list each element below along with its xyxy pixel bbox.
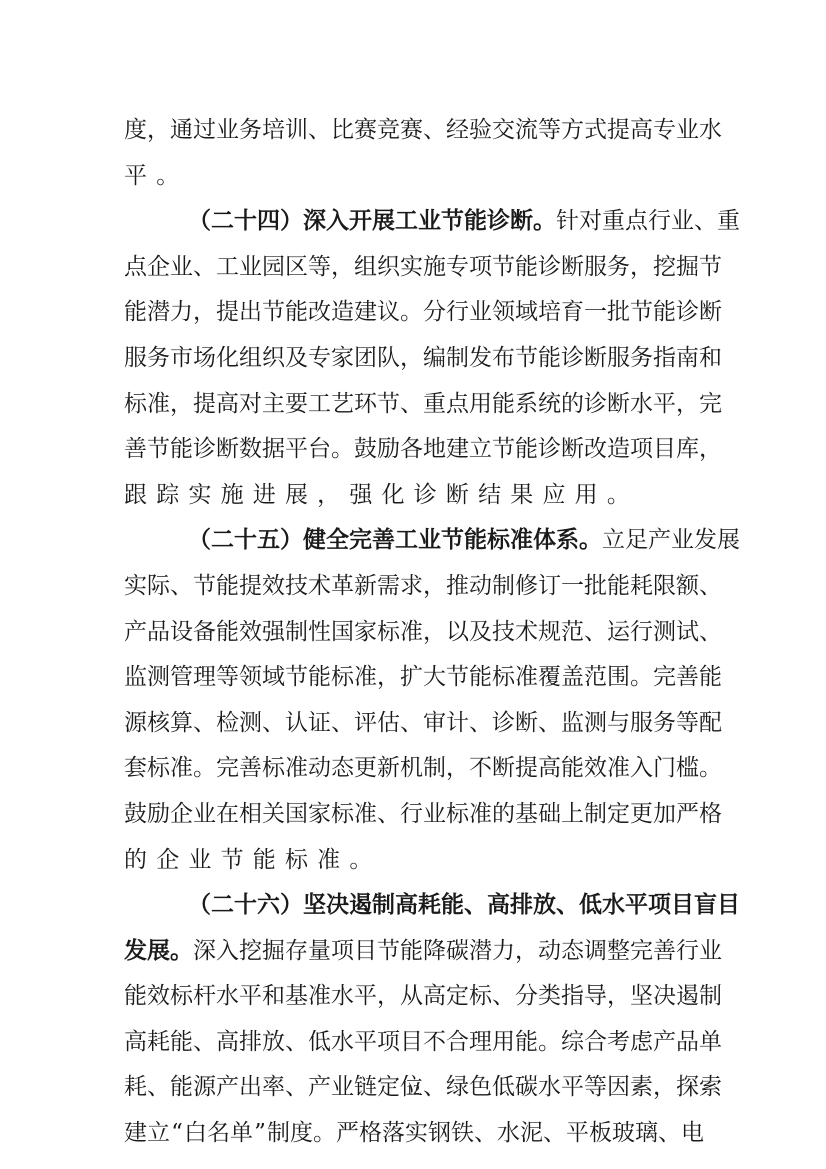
body-char: 用 bbox=[575, 473, 598, 519]
body-char: 断 bbox=[607, 382, 630, 428]
heading-char: 十 bbox=[234, 883, 257, 929]
body-char: 严 bbox=[676, 792, 699, 838]
body-char: 能 bbox=[538, 336, 561, 382]
body-char: 试 bbox=[676, 610, 699, 656]
body-char: 、 bbox=[400, 701, 423, 747]
heading-char: 展 bbox=[147, 929, 170, 975]
body-char: 门 bbox=[653, 746, 676, 792]
body-char: ， bbox=[515, 929, 538, 975]
body-char: 节 bbox=[221, 838, 244, 884]
page-number: 12 bbox=[0, 1083, 826, 1099]
body-char: 用 bbox=[469, 382, 492, 428]
body-char: 技 bbox=[285, 564, 308, 610]
body-char: 能 bbox=[469, 655, 492, 701]
body-char: 钢 bbox=[428, 1111, 451, 1157]
body-char: 企 bbox=[147, 245, 170, 291]
body-char: 革 bbox=[331, 564, 354, 610]
body-char: 节 bbox=[147, 427, 170, 473]
body-char: 能 bbox=[515, 1020, 538, 1066]
body-char: 态 bbox=[331, 746, 354, 792]
body-char: 训 bbox=[285, 108, 308, 154]
body-char: 队 bbox=[377, 336, 400, 382]
body-char: 诊 bbox=[492, 701, 515, 747]
heading-char: 开 bbox=[349, 199, 372, 245]
body-char: 、 bbox=[699, 610, 722, 656]
body-char: 机 bbox=[400, 746, 423, 792]
body-char: 槛 bbox=[676, 746, 699, 792]
body-char: 域 bbox=[515, 290, 538, 336]
body-char: 潜 bbox=[469, 929, 492, 975]
body-char: 断 bbox=[446, 473, 469, 519]
body-char: 高 bbox=[124, 1020, 147, 1066]
body-char: 提 bbox=[239, 564, 262, 610]
body-char: 名 bbox=[207, 1111, 230, 1157]
body-char: 通 bbox=[170, 108, 193, 154]
body-char: 能 bbox=[561, 746, 584, 792]
body-char: 节 bbox=[492, 427, 515, 473]
body-char: 式 bbox=[584, 108, 607, 154]
body-char: 交 bbox=[492, 108, 515, 154]
body-char: 。 bbox=[313, 1111, 336, 1157]
body-char: ， bbox=[377, 655, 400, 701]
heading-char: 体 bbox=[533, 518, 556, 564]
body-char: 善 bbox=[653, 929, 676, 975]
body-char: 结 bbox=[478, 473, 501, 519]
body-char: 节 bbox=[630, 290, 653, 336]
body-char: 分 bbox=[423, 290, 446, 336]
body-char: 系 bbox=[515, 382, 538, 428]
heading-char: 盲 bbox=[694, 883, 717, 929]
body-char: 断 bbox=[561, 245, 584, 291]
body-char: 从 bbox=[400, 974, 423, 1020]
body-char: 源 bbox=[124, 701, 147, 747]
body-char: ， bbox=[377, 974, 400, 1020]
body-char: 能 bbox=[170, 1020, 193, 1066]
body-char: 完 bbox=[216, 746, 239, 792]
body-char: 发 bbox=[694, 518, 717, 564]
body-char: 格 bbox=[699, 792, 722, 838]
body-char: 市 bbox=[170, 336, 193, 382]
body-char: 新 bbox=[354, 564, 377, 610]
body-char: 。 bbox=[699, 746, 722, 792]
body-char: 善 bbox=[124, 427, 147, 473]
body-char: 业 bbox=[671, 518, 694, 564]
body-char: 务 bbox=[630, 336, 653, 382]
heading-char: 业 bbox=[418, 518, 441, 564]
heading-char: 水 bbox=[602, 883, 625, 929]
body-char: 、 bbox=[308, 108, 331, 154]
heading-char: 准 bbox=[510, 518, 533, 564]
body-char: 规 bbox=[538, 610, 561, 656]
body-char: 进 bbox=[253, 473, 276, 519]
body-char: 、 bbox=[193, 701, 216, 747]
heading-char: 展 bbox=[372, 199, 395, 245]
body-char: 、 bbox=[170, 564, 193, 610]
text-line: 监测管理等领域节能标准，扩大节能标准覆盖范围。完善能 bbox=[124, 655, 704, 701]
body-char: ， bbox=[193, 290, 216, 336]
body-char: 能 bbox=[607, 564, 630, 610]
body-char: 准 bbox=[607, 746, 630, 792]
body-char: 标 bbox=[492, 655, 515, 701]
body-char: 求 bbox=[400, 564, 423, 610]
body-char: 考 bbox=[607, 1020, 630, 1066]
heading-char: 发 bbox=[124, 929, 147, 975]
body-char: 更 bbox=[630, 792, 653, 838]
body-char: 点 bbox=[446, 382, 469, 428]
body-char: 断 bbox=[584, 336, 607, 382]
body-char: 对 bbox=[239, 382, 262, 428]
heading-char: 节 bbox=[441, 518, 464, 564]
body-char: 估 bbox=[377, 701, 400, 747]
body-char: 量 bbox=[308, 929, 331, 975]
body-char: 度 bbox=[290, 1111, 313, 1157]
heading-char: 。 bbox=[533, 199, 556, 245]
body-char: 上 bbox=[561, 792, 584, 838]
body-char: 业 bbox=[699, 929, 722, 975]
body-char: 配 bbox=[699, 701, 722, 747]
body-char: 断 bbox=[561, 427, 584, 473]
body-char: 和 bbox=[262, 974, 285, 1020]
body-char: 计 bbox=[446, 701, 469, 747]
body-char: 准 bbox=[147, 382, 170, 428]
body-char: 合 bbox=[446, 1020, 469, 1066]
body-char: 鼓 bbox=[354, 427, 377, 473]
body-char: 板 bbox=[589, 1111, 612, 1157]
body-char: 制 bbox=[699, 974, 722, 1020]
body-char: 运 bbox=[607, 610, 630, 656]
heading-char: 坚 bbox=[303, 883, 326, 929]
body-char: 域 bbox=[262, 655, 285, 701]
body-char: 动 bbox=[308, 746, 331, 792]
body-char: 能 bbox=[124, 290, 147, 336]
body-char: 掘 bbox=[676, 245, 699, 291]
body-char: 平 bbox=[285, 427, 308, 473]
body-char: 善 bbox=[676, 655, 699, 701]
body-char: 水 bbox=[497, 1111, 520, 1157]
body-char: 、 bbox=[262, 701, 285, 747]
body-char: 节 bbox=[377, 382, 400, 428]
text-line: 标准，提高对主要工艺环节、重点用能系统的诊断水平，完 bbox=[124, 382, 704, 428]
body-char: 平 bbox=[239, 974, 262, 1020]
body-char: 育 bbox=[561, 290, 584, 336]
body-char: 扩 bbox=[400, 655, 423, 701]
body-char: 效 bbox=[239, 610, 262, 656]
document-body: 度，通过业务培训、比赛竞赛、经验交流等方式提高专业水平。（二十四）深入开展工业节… bbox=[124, 108, 704, 1157]
body-char: 节 bbox=[262, 290, 285, 336]
body-char: 断 bbox=[699, 290, 722, 336]
body-char: 决 bbox=[653, 974, 676, 1020]
body-char: 高 bbox=[630, 108, 653, 154]
body-char: 、 bbox=[699, 564, 722, 610]
body-char: 鼓 bbox=[124, 792, 147, 838]
body-char: 据 bbox=[262, 427, 285, 473]
body-char: 立 bbox=[469, 427, 492, 473]
body-char: 过 bbox=[193, 108, 216, 154]
body-char: 导 bbox=[584, 974, 607, 1020]
body-char: 、 bbox=[377, 792, 400, 838]
body-char: ， bbox=[147, 108, 170, 154]
body-char: 、 bbox=[400, 382, 423, 428]
body-char: 针 bbox=[556, 199, 579, 245]
heading-char: 、 bbox=[556, 883, 579, 929]
body-char: 指 bbox=[653, 336, 676, 382]
body-char: 家 bbox=[331, 336, 354, 382]
body-char: 一 bbox=[584, 290, 607, 336]
body-char: 园 bbox=[262, 245, 285, 291]
body-char: 平 bbox=[354, 1020, 377, 1066]
body-char: 项 bbox=[630, 427, 653, 473]
body-char: 际 bbox=[147, 564, 170, 610]
body-char: 行 bbox=[630, 610, 653, 656]
body-char: 务 bbox=[147, 336, 170, 382]
body-char: 降 bbox=[423, 929, 446, 975]
body-char: 行 bbox=[400, 792, 423, 838]
heading-char: 断 bbox=[510, 199, 533, 245]
body-char: ， bbox=[317, 473, 340, 519]
body-char: 业 bbox=[671, 199, 694, 245]
body-char: 理 bbox=[469, 1020, 492, 1066]
body-char: 能 bbox=[170, 427, 193, 473]
body-char: 统 bbox=[538, 382, 561, 428]
heading-char: 节 bbox=[441, 199, 464, 245]
body-char: 服 bbox=[607, 336, 630, 382]
body-char: 能 bbox=[216, 610, 239, 656]
body-char: 踪 bbox=[156, 473, 179, 519]
text-line: 实际、节能提效技术革新需求，推动制修订一批能耗限额、 bbox=[124, 564, 704, 610]
body-char: 术 bbox=[515, 610, 538, 656]
body-char: 完 bbox=[630, 929, 653, 975]
body-char: 性 bbox=[308, 610, 331, 656]
body-char: 在 bbox=[216, 792, 239, 838]
body-char: 组 bbox=[239, 336, 262, 382]
heading-char: 诊 bbox=[487, 199, 510, 245]
body-char: 准 bbox=[317, 838, 340, 884]
body-char: 掘 bbox=[262, 929, 285, 975]
heading-char: 能 bbox=[464, 199, 487, 245]
body-char: 团 bbox=[354, 336, 377, 382]
body-char: 大 bbox=[423, 655, 446, 701]
body-char: 、 bbox=[423, 108, 446, 154]
body-char: 水 bbox=[216, 974, 239, 1020]
body-char: 诊 bbox=[561, 336, 584, 382]
body-char: 环 bbox=[354, 382, 377, 428]
body-char: 玻 bbox=[612, 1111, 635, 1157]
body-char: 业 bbox=[170, 245, 193, 291]
paragraph-first-line: （二十四）深入开展工业节能诊断。针对重点行业、重 bbox=[124, 199, 704, 245]
body-char: 目 bbox=[653, 427, 676, 473]
body-char: 限 bbox=[653, 564, 676, 610]
body-char: 展 bbox=[285, 473, 308, 519]
body-char: 用 bbox=[492, 1020, 515, 1066]
body-char: 能 bbox=[653, 290, 676, 336]
body-char: 数 bbox=[239, 427, 262, 473]
body-char: 泥 bbox=[520, 1111, 543, 1157]
heading-char: 标 bbox=[487, 518, 510, 564]
body-char: 单 bbox=[230, 1111, 253, 1157]
body-char: 、 bbox=[658, 1111, 681, 1157]
body-char: 等 bbox=[538, 108, 561, 154]
body-char: 诊 bbox=[538, 427, 561, 473]
heading-char: ） bbox=[280, 199, 303, 245]
body-char: 务 bbox=[653, 701, 676, 747]
body-char: 造 bbox=[607, 427, 630, 473]
body-char: 标 bbox=[377, 610, 400, 656]
body-char: 造 bbox=[331, 290, 354, 336]
body-char: 节 bbox=[285, 655, 308, 701]
body-char: 重 bbox=[717, 199, 740, 245]
body-char: 建 bbox=[354, 290, 377, 336]
body-char: 等 bbox=[216, 655, 239, 701]
body-char: 业 bbox=[423, 792, 446, 838]
body-char: 织 bbox=[262, 336, 285, 382]
body-char: 诊 bbox=[414, 473, 437, 519]
body-char: 项 bbox=[377, 1020, 400, 1066]
body-char: 入 bbox=[630, 746, 653, 792]
body-char: 建 bbox=[124, 1111, 147, 1157]
heading-char: 。 bbox=[579, 518, 602, 564]
body-char: 定 bbox=[607, 792, 630, 838]
body-char: 推 bbox=[446, 564, 469, 610]
body-char: 制 bbox=[584, 792, 607, 838]
body-char: ， bbox=[331, 245, 354, 291]
body-char: 服 bbox=[584, 245, 607, 291]
body-char: 库 bbox=[676, 427, 699, 473]
text-line: 套标准。完善标准动态更新机制，不断提高能效准入门槛。 bbox=[124, 746, 704, 792]
heading-char: 放 bbox=[533, 883, 556, 929]
body-char: 提 bbox=[607, 108, 630, 154]
body-char: 行 bbox=[446, 290, 469, 336]
body-char: 综 bbox=[561, 1020, 584, 1066]
document-page: 度，通过业务培训、比赛竞赛、经验交流等方式提高专业水平。（二十四）深入开展工业节… bbox=[0, 0, 826, 1169]
body-char: 、 bbox=[584, 610, 607, 656]
body-char: 产 bbox=[653, 1020, 676, 1066]
body-char: 励 bbox=[377, 427, 400, 473]
body-char: 标 bbox=[285, 838, 308, 884]
body-char: 流 bbox=[515, 108, 538, 154]
text-line: 产品设备能效强制性国家标准，以及技术规范、运行测试、 bbox=[124, 610, 704, 656]
body-char: 提 bbox=[193, 382, 216, 428]
body-char: 坚 bbox=[630, 974, 653, 1020]
body-char: 。 bbox=[630, 655, 653, 701]
heading-char: 工 bbox=[395, 199, 418, 245]
body-char: 认 bbox=[285, 701, 308, 747]
text-line: 能效标杆水平和基准水平，从高定标、分类指导，坚决遏制 bbox=[124, 974, 704, 1020]
text-line: 善节能诊断数据平台。鼓励各地建立节能诊断改造项目库， bbox=[124, 427, 704, 473]
body-char: 出 bbox=[239, 290, 262, 336]
body-char: 品 bbox=[676, 1020, 699, 1066]
body-char: 白 bbox=[184, 1111, 207, 1157]
body-char: 标 bbox=[147, 746, 170, 792]
body-char: 制 bbox=[446, 336, 469, 382]
body-char: 家 bbox=[308, 792, 331, 838]
body-char: ， bbox=[423, 564, 446, 610]
body-char: 经 bbox=[446, 108, 469, 154]
body-char: 基 bbox=[285, 974, 308, 1020]
body-char: 展 bbox=[717, 518, 740, 564]
body-char: 。 bbox=[193, 746, 216, 792]
body-char: 、 bbox=[193, 1020, 216, 1066]
body-char: ” bbox=[253, 1111, 267, 1157]
body-char: 培 bbox=[262, 108, 285, 154]
body-char: 主 bbox=[262, 382, 285, 428]
body-char: 行 bbox=[676, 929, 699, 975]
body-char: 耗 bbox=[630, 564, 653, 610]
heading-char: 系 bbox=[556, 518, 579, 564]
body-char: 关 bbox=[262, 792, 285, 838]
body-char: 标 bbox=[170, 974, 193, 1020]
body-char: 整 bbox=[607, 929, 630, 975]
body-char: 务 bbox=[239, 108, 262, 154]
body-char: 、 bbox=[285, 1020, 308, 1066]
body-char: 足 bbox=[625, 518, 648, 564]
body-char: 需 bbox=[377, 564, 400, 610]
body-char: 准 bbox=[469, 792, 492, 838]
text-line: 的企业节能标准。 bbox=[124, 838, 704, 884]
heading-char: 、 bbox=[464, 883, 487, 929]
body-char: 平 bbox=[124, 154, 147, 200]
body-char: 制 bbox=[285, 610, 308, 656]
body-char: 指 bbox=[561, 974, 584, 1020]
body-char: 相 bbox=[239, 792, 262, 838]
body-char: 目 bbox=[354, 929, 377, 975]
body-char: 潜 bbox=[147, 290, 170, 336]
heading-char: 制 bbox=[372, 883, 395, 929]
body-char: 测 bbox=[239, 701, 262, 747]
body-char: 排 bbox=[239, 1020, 262, 1066]
body-char: 断 bbox=[216, 427, 239, 473]
body-char: 能 bbox=[285, 290, 308, 336]
body-char: 立 bbox=[602, 518, 625, 564]
body-char: ， bbox=[170, 382, 193, 428]
body-char: 加 bbox=[653, 792, 676, 838]
body-char: 虑 bbox=[630, 1020, 653, 1066]
body-char: 分 bbox=[515, 974, 538, 1020]
body-char: 。 bbox=[349, 838, 372, 884]
body-char: 编 bbox=[423, 336, 446, 382]
body-char: 能 bbox=[515, 427, 538, 473]
body-char: 、 bbox=[193, 245, 216, 291]
body-char: 水 bbox=[331, 1020, 354, 1066]
body-char: 覆 bbox=[538, 655, 561, 701]
heading-char: 五 bbox=[257, 518, 280, 564]
body-char: 断 bbox=[515, 701, 538, 747]
body-char: 准 bbox=[170, 746, 193, 792]
heading-char: 高 bbox=[395, 883, 418, 929]
body-char: 跟 bbox=[124, 473, 147, 519]
heading-char: 十 bbox=[234, 518, 257, 564]
body-char: 落 bbox=[382, 1111, 405, 1157]
body-char: 立 bbox=[147, 1111, 170, 1157]
body-char: 格 bbox=[359, 1111, 382, 1157]
heading-char: 工 bbox=[395, 518, 418, 564]
body-char: 比 bbox=[331, 108, 354, 154]
body-char: 术 bbox=[308, 564, 331, 610]
body-char: 测 bbox=[653, 610, 676, 656]
body-char: 品 bbox=[147, 610, 170, 656]
body-char: 重 bbox=[423, 382, 446, 428]
body-char: 国 bbox=[285, 792, 308, 838]
body-char: 、 bbox=[492, 974, 515, 1020]
body-char: 平 bbox=[653, 382, 676, 428]
body-char: 项 bbox=[331, 929, 354, 975]
body-char: 。 bbox=[607, 473, 630, 519]
body-char: 业 bbox=[216, 108, 239, 154]
body-char: 服 bbox=[124, 336, 147, 382]
body-char: 挖 bbox=[653, 245, 676, 291]
body-char: 赛 bbox=[400, 108, 423, 154]
body-char: 璃 bbox=[635, 1111, 658, 1157]
body-char: 力 bbox=[492, 929, 515, 975]
